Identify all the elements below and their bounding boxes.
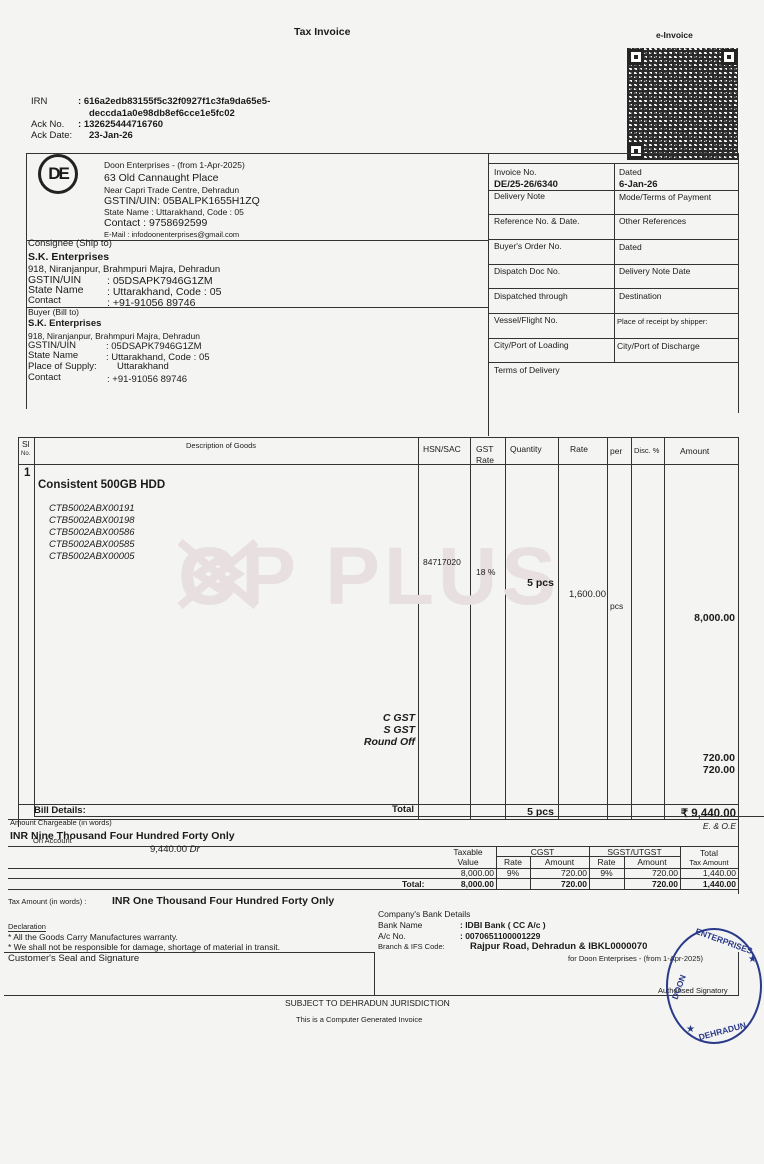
reference-label: Reference No. & Date. bbox=[494, 216, 580, 226]
bill-details-label: Bill Details: bbox=[34, 805, 764, 817]
cgst-amount-header: Amount bbox=[530, 857, 589, 867]
place-receipt-label: Place of receipt by shipper: bbox=[617, 317, 707, 326]
summary-cgst-amount: 720.00 bbox=[530, 868, 587, 878]
buyer-pos: Uttarakhand bbox=[117, 361, 169, 372]
summary-taxable: 8,000.00 bbox=[440, 868, 494, 878]
document-title: Tax Invoice bbox=[294, 26, 350, 38]
ack-no: 132625444716760 bbox=[84, 119, 163, 130]
summary-sgst-rate: 9% bbox=[589, 868, 624, 878]
seller-address2: Near Capri Trade Centre, Dehradun bbox=[104, 185, 239, 195]
invoice-no-label: Invoice No. bbox=[494, 167, 537, 177]
seller-address1: 63 Old Cannaught Place bbox=[104, 172, 218, 184]
einvoice-label: e-Invoice bbox=[656, 30, 693, 40]
invoice-no: DE/25-26/6340 bbox=[494, 179, 558, 190]
col-rate: Rate bbox=[570, 444, 588, 454]
on-account-suffix: Dr bbox=[190, 844, 200, 855]
buyer-gstin: : 05DSAPK7946G1ZM bbox=[106, 341, 202, 352]
serial-number: CTB5002ABX00198 bbox=[49, 515, 764, 527]
tax-line-labels: C GST S GST Round Off bbox=[300, 712, 415, 748]
serial-number: CTB5002ABX00586 bbox=[49, 527, 764, 539]
on-account-value: 9,440.00 bbox=[150, 844, 187, 855]
seller-contact: Contact : 9758692599 bbox=[104, 217, 207, 229]
computer-generated-text: This is a Computer Generated Invoice bbox=[296, 1015, 422, 1024]
item-amount: 8,000.00 bbox=[666, 612, 735, 624]
qr-finder-icon bbox=[721, 49, 737, 65]
bank-heading: Company's Bank Details bbox=[378, 909, 470, 919]
dated-label: Dated bbox=[619, 167, 642, 177]
col-quantity: Quantity bbox=[510, 444, 542, 454]
item-rate: 1,600.00 bbox=[558, 589, 606, 600]
col-description: Description of Goods bbox=[186, 441, 256, 450]
de-logo-icon: DE bbox=[38, 154, 78, 194]
summary-sgst-amount: 720.00 bbox=[624, 868, 678, 878]
invoice-date: 6-Jan-26 bbox=[619, 179, 658, 190]
sgst-amount: 720.00 bbox=[666, 764, 735, 776]
bank-name: : IDBI Bank ( CC A/c ) bbox=[460, 920, 546, 930]
item-per: pcs bbox=[610, 601, 764, 611]
col-gst-rate: Rate bbox=[476, 455, 494, 465]
irn-line2: deccda1a0e98db8ef6cce1e5fc02 bbox=[89, 108, 235, 119]
seller-state: State Name : Uttarakhand, Code : 05 bbox=[104, 207, 244, 217]
company-stamp-icon: ENTERPRISES DOON DEHRADUN ★ ★ bbox=[666, 928, 762, 1044]
delivery-note-date-label: Delivery Note Date bbox=[619, 266, 690, 276]
destination-label: Destination bbox=[619, 291, 662, 301]
round-off-label: Round Off bbox=[300, 736, 415, 748]
tax-words-label: Tax Amount (in words) : bbox=[8, 897, 86, 906]
eoe-label: E. & O.E bbox=[680, 821, 736, 831]
qr-finder-icon bbox=[628, 143, 644, 159]
bank-name-label: Bank Name bbox=[378, 920, 422, 930]
summary-total-tax: 1,440.00 bbox=[680, 868, 736, 878]
order-dated-label: Dated bbox=[619, 242, 642, 252]
jurisdiction-text: SUBJECT TO DEHRADUN JURISDICTION bbox=[285, 998, 450, 1008]
irn-label: IRN bbox=[31, 96, 47, 107]
other-references-label: Other References bbox=[619, 216, 686, 226]
seller-email: E-Mail : infodoonenterprises@gmail.com bbox=[104, 230, 239, 239]
buyer-contact: : +91-91056 89746 bbox=[107, 374, 187, 385]
sgst-rate-header: Rate bbox=[589, 857, 624, 867]
qr-code-icon bbox=[627, 48, 738, 160]
col-sl: Sl bbox=[22, 439, 30, 449]
consignee-contact-label: Contact bbox=[28, 295, 61, 306]
port-loading-label: City/Port of Loading bbox=[494, 340, 569, 350]
ac-no-label: A/c No. bbox=[378, 931, 406, 941]
item-name: Consistent 500GB HDD bbox=[38, 479, 764, 491]
vessel-label: Vessel/Flight No. bbox=[494, 315, 558, 325]
col-disc: Disc. % bbox=[634, 446, 659, 455]
ack-date-label: Ack Date: bbox=[31, 130, 72, 141]
summary-total-tax-amount: 1,440.00 bbox=[680, 879, 736, 889]
item-gst-rate: 18 % bbox=[476, 567, 764, 577]
sgst-label: S GST bbox=[300, 724, 415, 736]
dispatched-through-label: Dispatched through bbox=[494, 291, 568, 301]
delivery-note-label: Delivery Note bbox=[494, 191, 545, 201]
branch-ifsc: Rajpur Road, Dehradun & IBKL0000070 bbox=[470, 941, 647, 952]
amount-words-label: Amount Chargeable (in words) bbox=[10, 818, 112, 827]
declaration-line2: * We shall not be responsible for damage… bbox=[8, 942, 280, 952]
item-sl: 1 bbox=[24, 467, 764, 479]
customer-seal-label: Customer's Seal and Signature bbox=[8, 953, 139, 964]
star-icon: ★ bbox=[748, 954, 757, 965]
item-hsn: 84717020 bbox=[423, 557, 764, 567]
summary-total-sgst: 720.00 bbox=[624, 879, 678, 889]
col-gst: GST bbox=[476, 444, 493, 454]
sgst-amount-header: Amount bbox=[624, 857, 680, 867]
declaration-line1: * All the Goods Carry Manufactures warra… bbox=[8, 932, 178, 942]
serial-number: CTB5002ABX00585 bbox=[49, 539, 764, 551]
buyer-label: Buyer (Bill to) bbox=[28, 307, 79, 317]
seller-name: Doon Enterprises - (from 1-Apr-2025) bbox=[104, 160, 245, 170]
summary-cgst-rate: 9% bbox=[496, 868, 530, 878]
summary-total-cgst: 720.00 bbox=[530, 879, 587, 889]
mode-terms-label: Mode/Terms of Payment bbox=[619, 192, 711, 202]
summary-total-taxable: 8,000.00 bbox=[440, 879, 494, 889]
col-amount: Amount bbox=[680, 446, 709, 456]
summary-total-label: Total: bbox=[402, 879, 425, 889]
irn-line1: 616a2edb83155f5c32f0927f1c3fa9da65e5- bbox=[84, 96, 270, 107]
buyer-name: S.K. Enterprises bbox=[28, 318, 101, 329]
total-tax-header-2: Tax Amount bbox=[680, 858, 738, 867]
ack-date: 23-Jan-26 bbox=[89, 130, 133, 141]
star-icon: ★ bbox=[686, 1024, 695, 1035]
ack-no-label: Ack No. bbox=[31, 119, 64, 130]
buyer-state-label: State Name bbox=[28, 350, 78, 361]
cgst-label: C GST bbox=[300, 712, 415, 724]
buyer-contact-label: Contact bbox=[28, 372, 61, 383]
serial-number: CTB5002ABX00191 bbox=[49, 503, 764, 515]
tax-line-amounts: 720.00 720.00 bbox=[666, 752, 735, 776]
item-quantity: 5 pcs bbox=[508, 577, 554, 589]
cgst-rate-header: Rate bbox=[496, 857, 530, 867]
buyer-pos-label: Place of Supply: bbox=[28, 361, 97, 372]
seller-gstin: GSTIN/UIN: 05BALPK1655H1ZQ bbox=[104, 195, 260, 207]
declaration-heading: Declaration bbox=[8, 922, 46, 932]
item-serials: CTB5002ABX00191 CTB5002ABX00198 CTB5002A… bbox=[49, 503, 764, 563]
dispatch-doc-label: Dispatch Doc No. bbox=[494, 266, 560, 276]
col-per: per bbox=[610, 446, 622, 456]
consignee-label: Consignee (Ship to) bbox=[28, 238, 112, 249]
consignee-name: S.K. Enterprises bbox=[28, 251, 109, 263]
cgst-amount: 720.00 bbox=[666, 752, 735, 764]
col-hsn: HSN/SAC bbox=[423, 444, 461, 454]
buyers-order-label: Buyer's Order No. bbox=[494, 241, 562, 251]
tax-words: INR One Thousand Four Hundred Forty Only bbox=[112, 895, 334, 907]
col-no: No. bbox=[21, 451, 30, 457]
qr-finder-icon bbox=[628, 49, 644, 65]
terms-delivery-label: Terms of Delivery bbox=[494, 365, 560, 375]
branch-label: Branch & IFS Code: bbox=[378, 942, 445, 951]
port-discharge-label: City/Port of Discharge bbox=[617, 341, 700, 351]
ac-no: : 0070651100001229 bbox=[460, 931, 540, 941]
